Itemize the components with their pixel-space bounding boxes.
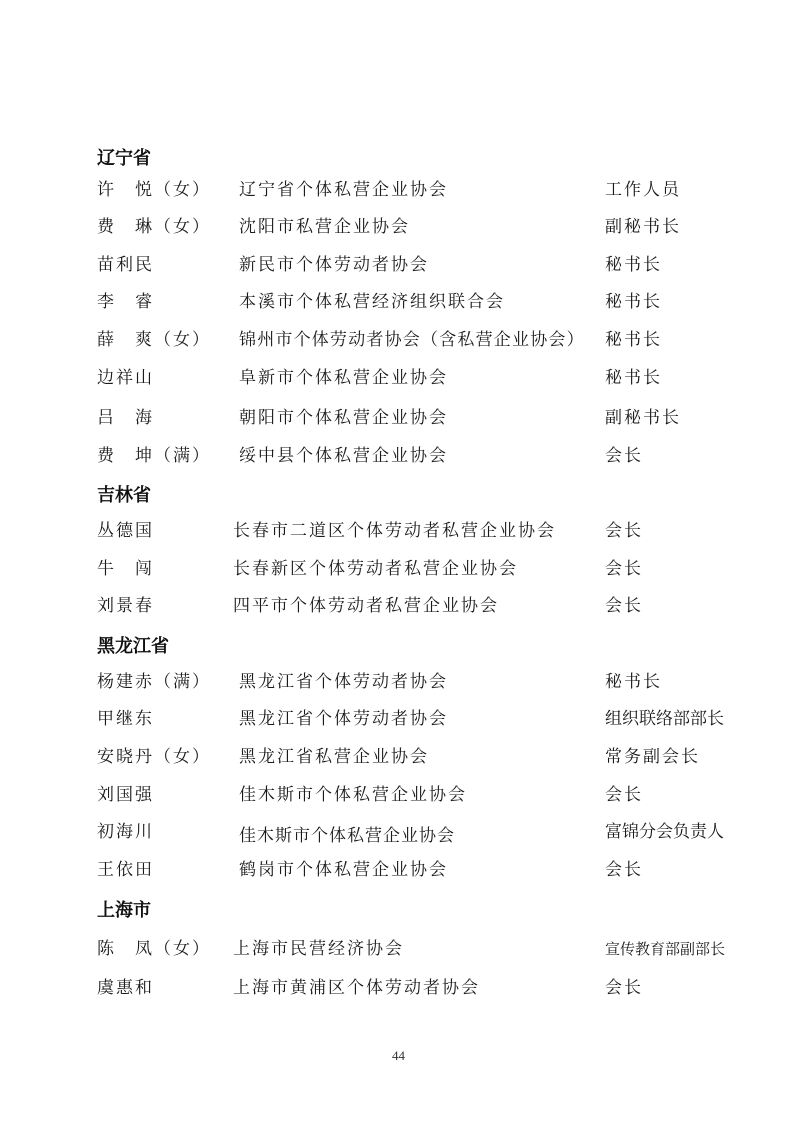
document-page: 辽宁省 许 悦（女） 辽宁省个体私营企业协会 工作人员 费 琳（女） 沈阳市私营… xyxy=(0,0,800,1131)
member-organization: 阜新市个体私营企业协会 xyxy=(239,366,448,390)
list-item: 陈 凤（女） 上海市民营经济协会 宣传教育部副部长 xyxy=(0,937,800,961)
member-organization: 黑龙江省个体劳动者协会 xyxy=(239,707,448,731)
member-position: 宣传教育部副部长 xyxy=(605,937,725,961)
member-organization: 黑龙江省个体劳动者协会 xyxy=(239,670,448,694)
member-name: 苗利民 xyxy=(97,253,154,277)
member-organization: 绥中县个体私营企业协会 xyxy=(239,444,448,468)
member-organization: 四平市个体劳动者私营企业协会 xyxy=(233,594,499,618)
member-position: 会长 xyxy=(605,858,643,882)
member-organization: 沈阳市私营企业协会 xyxy=(239,215,410,239)
list-item: 丛德国 长春市二道区个体劳动者私营企业协会 会长 xyxy=(0,519,800,543)
list-item: 王依田 鹤岗市个体私营企业协会 会长 xyxy=(0,858,800,882)
member-organization: 上海市黄浦区个体劳动者协会 xyxy=(233,976,480,1000)
member-position: 组织联络部部长 xyxy=(605,707,724,731)
list-item: 薛 爽（女） 锦州市个体劳动者协会（含私营企业协会） 秘书长 xyxy=(0,328,800,352)
member-name: 杨建赤（满） xyxy=(97,670,211,694)
member-organization: 佳木斯市个体私营企业协会 xyxy=(239,824,455,848)
member-name: 刘景春 xyxy=(97,594,154,618)
member-organization: 黑龙江省私营企业协会 xyxy=(239,745,429,769)
member-position: 工作人员 xyxy=(605,178,681,202)
member-name: 牛 闯 xyxy=(97,557,154,581)
member-name: 刘国强 xyxy=(97,783,154,807)
member-position: 会长 xyxy=(605,783,643,807)
member-organization: 辽宁省个体私营企业协会 xyxy=(239,178,448,202)
section-title-jilin: 吉林省 xyxy=(97,485,151,507)
member-organization: 鹤岗市个体私营企业协会 xyxy=(239,858,448,882)
section-title-shanghai: 上海市 xyxy=(97,900,151,922)
list-item: 虞惠和 上海市黄浦区个体劳动者协会 会长 xyxy=(0,976,800,1000)
section-title-liaoning: 辽宁省 xyxy=(97,148,151,170)
list-item: 刘景春 四平市个体劳动者私营企业协会 会长 xyxy=(0,594,800,618)
member-position: 秘书长 xyxy=(605,328,662,352)
member-position: 会长 xyxy=(605,557,643,581)
member-name: 王依田 xyxy=(97,858,154,882)
member-name: 甲继东 xyxy=(97,707,154,731)
list-item: 牛 闯 长春新区个体劳动者私营企业协会 会长 xyxy=(0,557,800,581)
member-position: 副秘书长 xyxy=(605,406,681,430)
list-item: 刘国强 佳木斯市个体私营企业协会 会长 xyxy=(0,783,800,807)
member-position: 会长 xyxy=(605,594,643,618)
member-organization: 本溪市个体私营经济组织联合会 xyxy=(239,290,505,314)
member-organization: 朝阳市个体私营企业协会 xyxy=(239,406,448,430)
member-position: 富锦分会负责人 xyxy=(605,820,724,844)
member-position: 秘书长 xyxy=(605,253,662,277)
member-position: 会长 xyxy=(605,519,643,543)
list-item: 安晓丹（女） 黑龙江省私营企业协会 常务副会长 xyxy=(0,745,800,769)
member-name: 边祥山 xyxy=(97,366,154,390)
member-organization: 长春市二道区个体劳动者私营企业协会 xyxy=(233,519,556,543)
member-organization: 佳木斯市个体私营企业协会 xyxy=(239,783,467,807)
section-title-heilongjiang: 黑龙江省 xyxy=(97,636,169,658)
member-position: 秘书长 xyxy=(605,670,662,694)
member-name: 陈 凤（女） xyxy=(97,937,211,961)
list-item: 杨建赤（满） 黑龙江省个体劳动者协会 秘书长 xyxy=(0,670,800,694)
member-organization: 上海市民营经济协会 xyxy=(233,937,404,961)
member-organization: 锦州市个体劳动者协会（含私营企业协会） xyxy=(239,328,585,352)
list-item: 费 坤（满） 绥中县个体私营企业协会 会长 xyxy=(0,444,800,468)
member-position: 常务副会长 xyxy=(605,745,700,769)
member-organization: 新民市个体劳动者协会 xyxy=(239,253,429,277)
member-name: 李 睿 xyxy=(97,290,154,314)
page-number: 44 xyxy=(392,1048,405,1064)
member-name: 许 悦（女） xyxy=(97,178,211,202)
member-organization: 长春新区个体劳动者私营企业协会 xyxy=(233,557,518,581)
member-name: 初海川 xyxy=(97,820,154,844)
member-name: 安晓丹（女） xyxy=(97,745,211,769)
member-name: 吕 海 xyxy=(97,406,154,430)
list-item: 许 悦（女） 辽宁省个体私营企业协会 工作人员 xyxy=(0,178,800,202)
list-item: 初海川 佳木斯市个体私营企业协会 富锦分会负责人 xyxy=(0,820,800,844)
list-item: 费 琳（女） 沈阳市私营企业协会 副秘书长 xyxy=(0,215,800,239)
member-position: 秘书长 xyxy=(605,366,662,390)
member-name: 费 琳（女） xyxy=(97,215,211,239)
list-item: 边祥山 阜新市个体私营企业协会 秘书长 xyxy=(0,366,800,390)
member-name: 薛 爽（女） xyxy=(97,328,211,352)
member-position: 会长 xyxy=(605,444,643,468)
list-item: 吕 海 朝阳市个体私营企业协会 副秘书长 xyxy=(0,406,800,430)
list-item: 甲继东 黑龙江省个体劳动者协会 组织联络部部长 xyxy=(0,707,800,731)
member-name: 丛德国 xyxy=(97,519,154,543)
list-item: 苗利民 新民市个体劳动者协会 秘书长 xyxy=(0,253,800,277)
member-position: 秘书长 xyxy=(605,290,662,314)
member-position: 会长 xyxy=(605,976,643,1000)
member-name: 费 坤（满） xyxy=(97,444,211,468)
list-item: 李 睿 本溪市个体私营经济组织联合会 秘书长 xyxy=(0,290,800,314)
member-name: 虞惠和 xyxy=(97,976,154,1000)
member-position: 副秘书长 xyxy=(605,215,681,239)
